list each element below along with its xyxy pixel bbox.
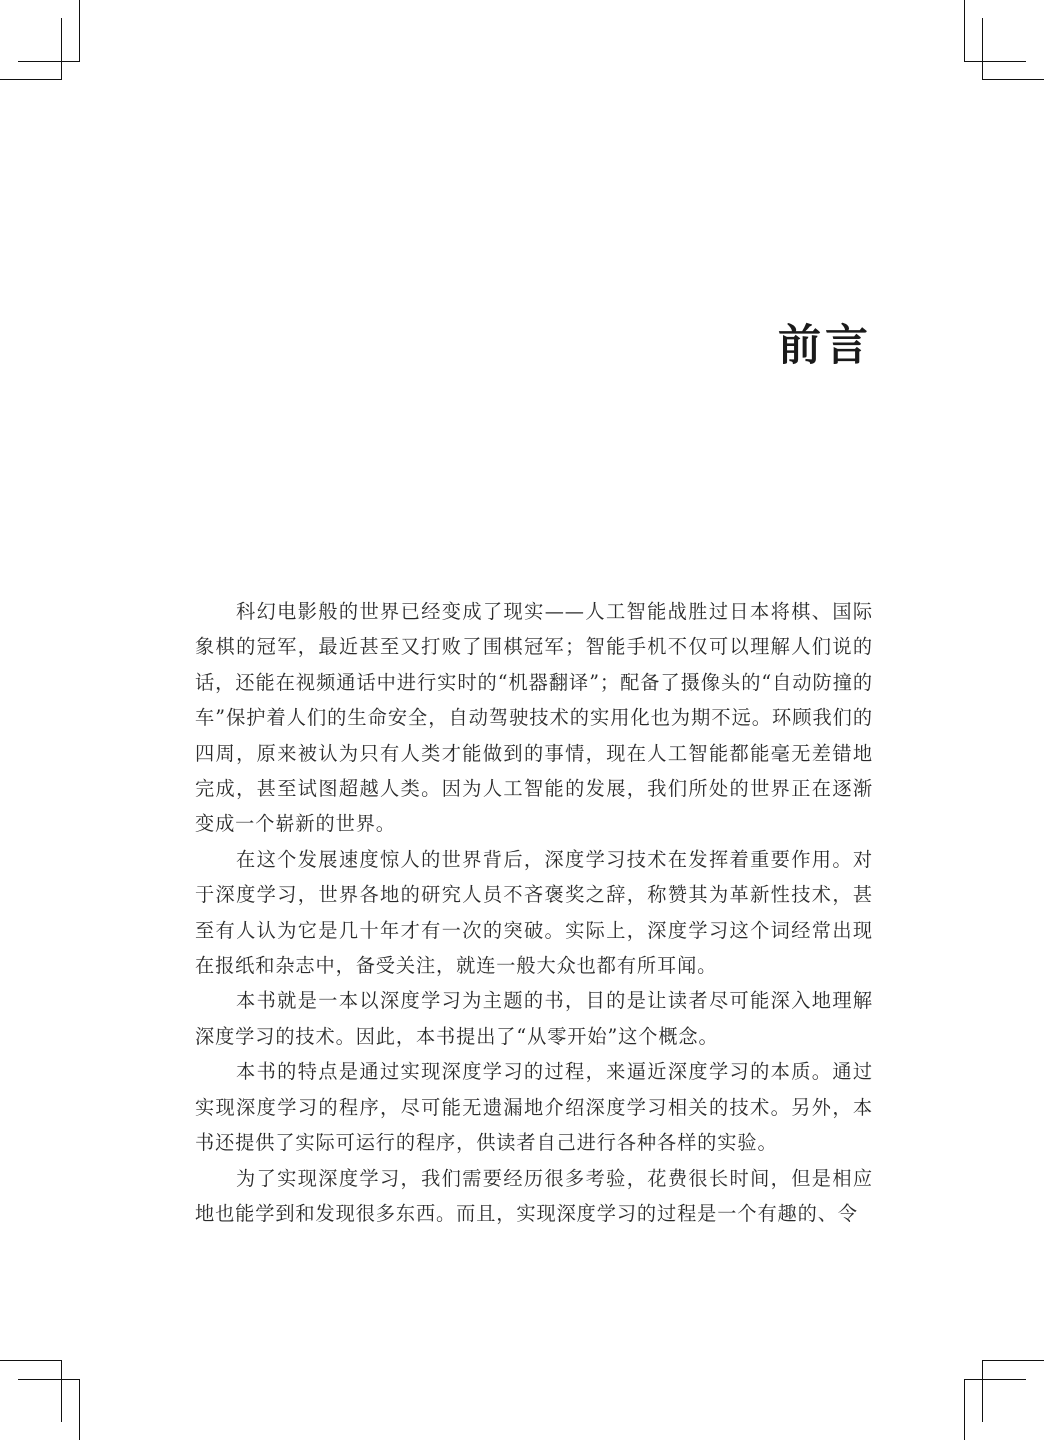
paragraph-4: 本书的特点是通过实现深度学习的过程，来逼近深度学习的本质。通过实现深度学习的程序… — [195, 1054, 873, 1160]
crop-mark-top-right-outer-h — [964, 61, 1026, 62]
crop-mark-bottom-right-inner-h — [964, 1379, 1026, 1380]
crop-mark-top-left-inner-v — [61, 18, 62, 80]
preface-body: 科幻电影般的世界已经变成了现实——人工智能战胜过日本将棋、国际象棋的冠军，最近甚… — [195, 594, 873, 1231]
crop-mark-top-left-inner-h — [0, 79, 62, 80]
crop-mark-bottom-left-inner-v — [79, 1379, 80, 1440]
crop-mark-bottom-left-inner-h — [18, 1379, 80, 1380]
crop-mark-top-right-inner-v — [982, 18, 983, 80]
crop-mark-bottom-right-inner-v — [964, 1379, 965, 1440]
crop-mark-top-right-inner-h — [982, 79, 1044, 80]
paragraph-5: 为了实现深度学习，我们需要经历很多考验，花费很长时间，但是相应地也能学到和发现很… — [195, 1161, 873, 1232]
crop-mark-top-right-outer-v — [964, 0, 965, 61]
crop-mark-bottom-right-outer-h — [982, 1360, 1044, 1361]
chapter-title: 前言 — [778, 320, 872, 372]
crop-mark-bottom-right-outer-v — [982, 1360, 983, 1422]
paragraph-2: 在这个发展速度惊人的世界背后，深度学习技术在发挥着重要作用。对于深度学习，世界各… — [195, 842, 873, 984]
paragraph-3: 本书就是一本以深度学习为主题的书，目的是让读者尽可能深入地理解深度学习的技术。因… — [195, 983, 873, 1054]
paragraph-1: 科幻电影般的世界已经变成了现实——人工智能战胜过日本将棋、国际象棋的冠军，最近甚… — [195, 594, 873, 842]
crop-mark-bottom-left-outer-v — [61, 1360, 62, 1422]
crop-mark-top-left-outer-v — [79, 0, 80, 61]
crop-mark-top-left-outer-h — [18, 61, 80, 62]
crop-mark-bottom-left-outer-h — [0, 1360, 62, 1361]
